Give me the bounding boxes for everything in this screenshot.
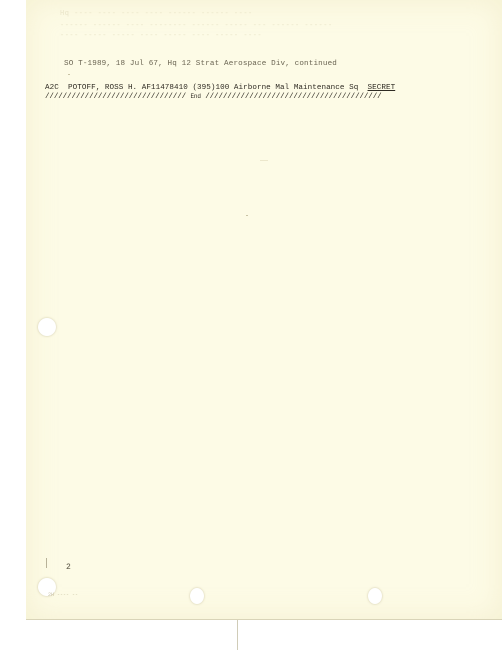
speck <box>260 160 268 161</box>
bleed-through-text: ---- ----- ----- ---- ----- ---- ----- -… <box>60 32 262 40</box>
end-line: //////////////////////////////// End ///… <box>45 93 382 101</box>
bleed-through-text: ------ ------ ---- -------- ------ -----… <box>60 22 333 30</box>
classification-marking: SECRET <box>368 84 396 92</box>
page-number: 2 <box>66 563 71 572</box>
end-slashes-right: //////////////////////////////////////// <box>205 93 381 101</box>
service-number: AF11478410 <box>142 84 188 92</box>
bleed-through-text: Hq ---- ---- ---- ---- ------ ------ ---… <box>60 10 253 18</box>
member-name: POTOFF, ROSS H. <box>68 84 137 92</box>
end-slashes-left: //////////////////////////////// <box>45 93 186 101</box>
footer-mark: 2H ---- -- <box>48 592 78 598</box>
margin-mark <box>46 558 47 568</box>
speck <box>68 74 70 75</box>
scan-artifact <box>237 620 238 650</box>
punch-hole <box>38 318 56 336</box>
unit: 100 Airborne Mal Maintenance Sq <box>216 84 359 92</box>
document-header: SO T-1989, 18 Jul 67, Hq 12 Strat Aerosp… <box>64 60 337 68</box>
punch-hole <box>368 588 382 604</box>
afsc: (395) <box>192 84 215 92</box>
grade: A2C <box>45 84 59 92</box>
end-label: End <box>190 93 200 100</box>
personnel-entry: A2C POTOFF, ROSS H. AF11478410 (395)100 … <box>45 84 395 92</box>
speck <box>246 215 248 216</box>
punch-hole <box>190 588 204 604</box>
